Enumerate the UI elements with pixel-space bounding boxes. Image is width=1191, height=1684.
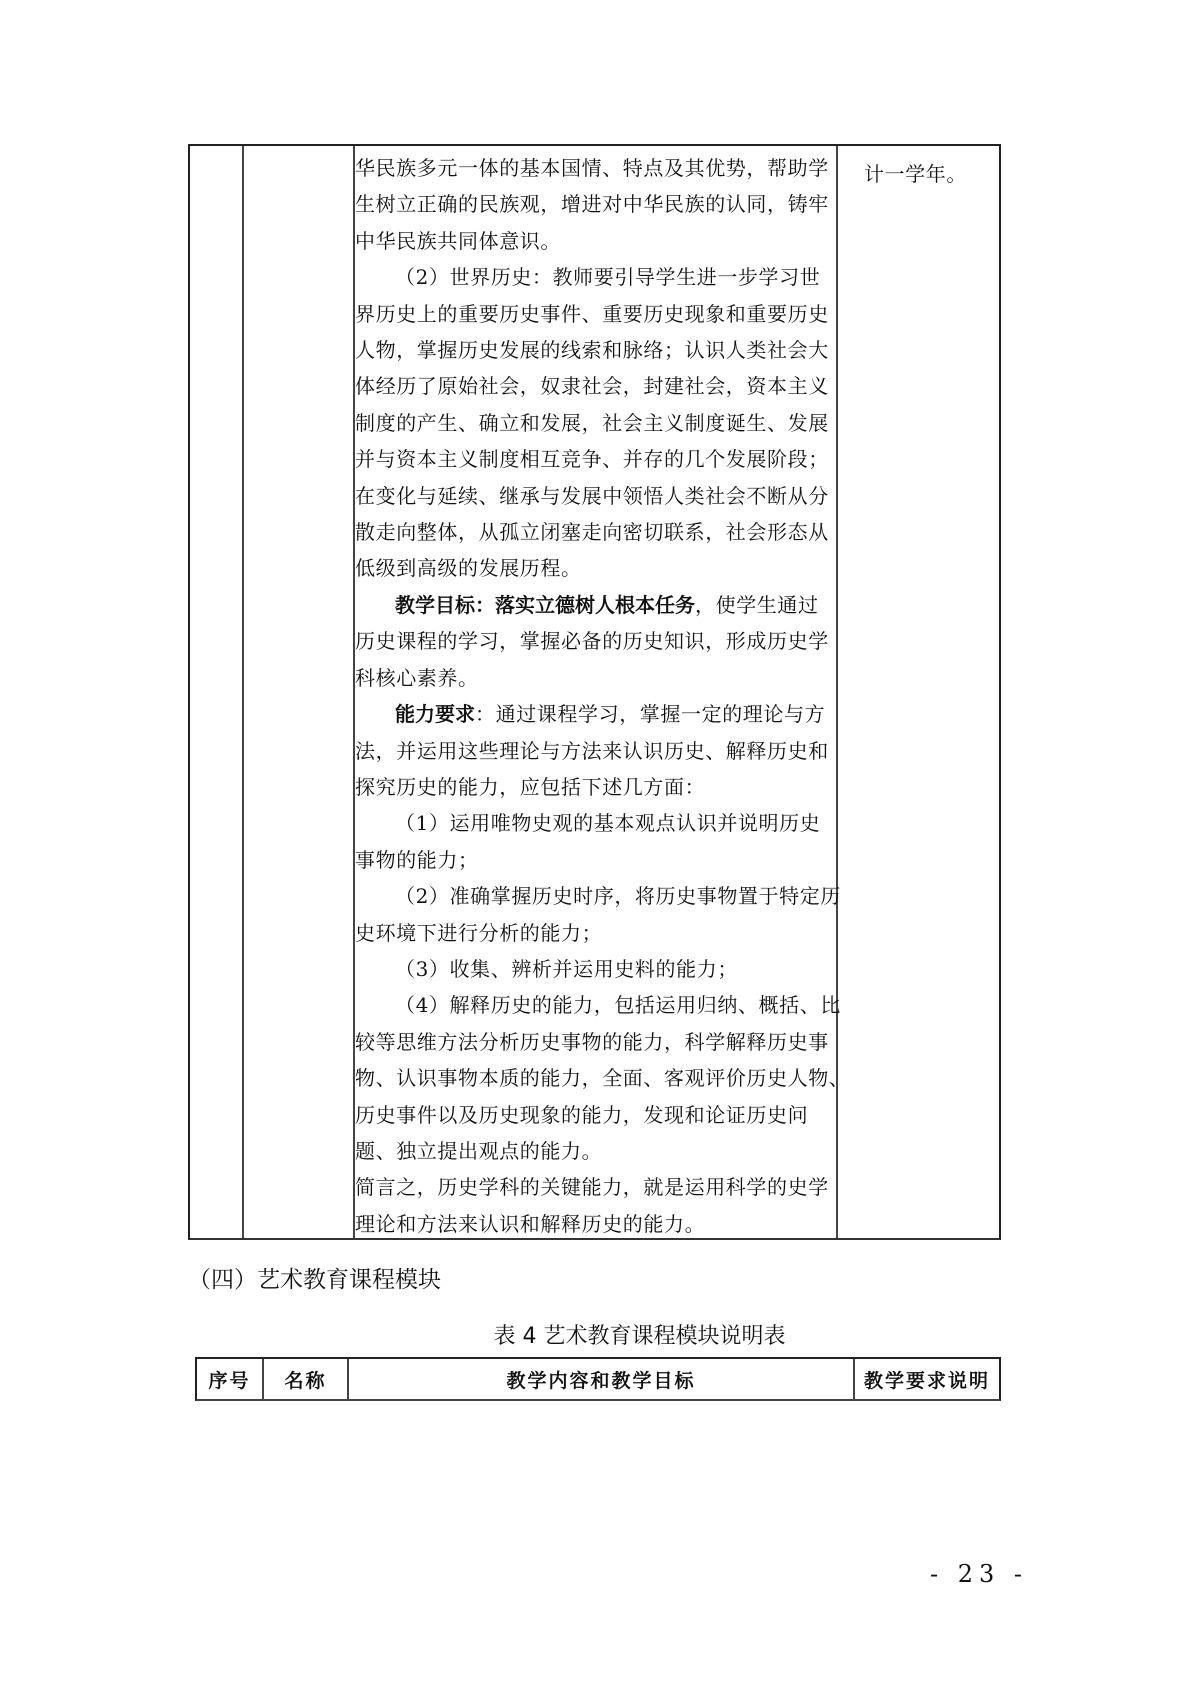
content-line: （2）世界历史：教师要引导学生进一步学习世	[355, 259, 831, 295]
content-line: 散走向整体，从孤立闭塞走向密切联系，社会形态从	[355, 514, 831, 550]
header-cell-requirements: 教学要求说明	[855, 1359, 999, 1399]
teaching-goal-line: 教学目标：落实立德树人根本任务，使学生通过	[355, 587, 831, 623]
teaching-goal-label: 教学目标：落实立德树人根本任务	[395, 593, 695, 617]
content-line: 物、认识事物本质的能力，全面、客观评价历史人物、	[355, 1060, 831, 1096]
page-number: - 23 -	[930, 1560, 1028, 1588]
header-cell-content: 教学内容和教学目标	[349, 1359, 855, 1399]
content-line: 探究历史的能力，应包括下述几方面：	[355, 769, 831, 805]
section-heading: （四）艺术教育课程模块	[188, 1261, 441, 1294]
content-line: 历史课程的学习，掌握必备的历史知识，形成历史学	[355, 623, 831, 659]
content-line: 制度的产生、确立和发展，社会主义制度诞生、发展	[355, 405, 831, 441]
header-cell-name: 名称	[264, 1359, 349, 1399]
content-line: （1）运用唯物史观的基本观点认识并说明历史	[355, 805, 831, 841]
content-line: 体经历了原始社会，奴隶社会，封建社会，资本主义	[355, 368, 831, 404]
art-course-table-header: 序号 名称 教学内容和教学目标 教学要求说明	[195, 1357, 1001, 1401]
content-line: 低级到高级的发展历程。	[355, 550, 831, 586]
table-caption: 表 4 艺术教育课程模块说明表	[0, 1319, 1191, 1350]
content-line: 人物，掌握历史发展的线索和脉络；认识人类社会大	[355, 332, 831, 368]
content-line: 历史事件以及历史现象的能力，发现和论证历史问	[355, 1097, 831, 1133]
content-line: 题、独立提出观点的能力。	[355, 1133, 831, 1169]
content-line: 事物的能力；	[355, 842, 831, 878]
teaching-content-cell: 华民族多元一体的基本国情、特点及其优势，帮助学 生树立正确的民族观，增进对中华民…	[355, 150, 831, 1242]
content-line: （2）准确掌握历史时序，将历史事物置于特定历	[355, 878, 831, 914]
ability-requirement-label: 能力要求	[395, 702, 475, 726]
content-line: 科核心素养。	[355, 660, 831, 696]
content-line: 生树立正确的民族观，增进对中华民族的认同，铸牢	[355, 186, 831, 222]
content-line: 并与资本主义制度相互竞争、并存的几个发展阶段；	[355, 441, 831, 477]
content-line: 简言之，历史学科的关键能力，就是运用科学的史学	[355, 1169, 831, 1205]
column-divider	[242, 146, 244, 1238]
content-line: （4）解释历史的能力，包括运用归纳、概括、比	[355, 987, 831, 1023]
content-line: 在变化与延续、继承与发展中领悟人类社会不断从分	[355, 478, 831, 514]
content-line: （3）收集、辨析并运用史料的能力；	[355, 951, 831, 987]
header-cell-index: 序号	[197, 1359, 264, 1399]
requirement-note-cell: 计一学年。	[850, 156, 990, 192]
ability-requirement-line: 能力要求：通过课程学习，掌握一定的理论与方	[355, 696, 831, 732]
content-line: 法，并运用这些理论与方法来认识历史、解释历史和	[355, 733, 831, 769]
content-line: 理论和方法来认识和解释历史的能力。	[355, 1206, 831, 1242]
content-line: 中华民族共同体意识。	[355, 223, 831, 259]
history-course-table-continuation: 华民族多元一体的基本国情、特点及其优势，帮助学 生树立正确的民族观，增进对中华民…	[188, 144, 1001, 1240]
content-line: 界历史上的重要历史事件、重要历史现象和重要历史	[355, 296, 831, 332]
content-line: 史环境下进行分析的能力；	[355, 915, 831, 951]
content-line: 华民族多元一体的基本国情、特点及其优势，帮助学	[355, 150, 831, 186]
content-line: 较等思维方法分析历史事物的能力，科学解释历史事	[355, 1024, 831, 1060]
